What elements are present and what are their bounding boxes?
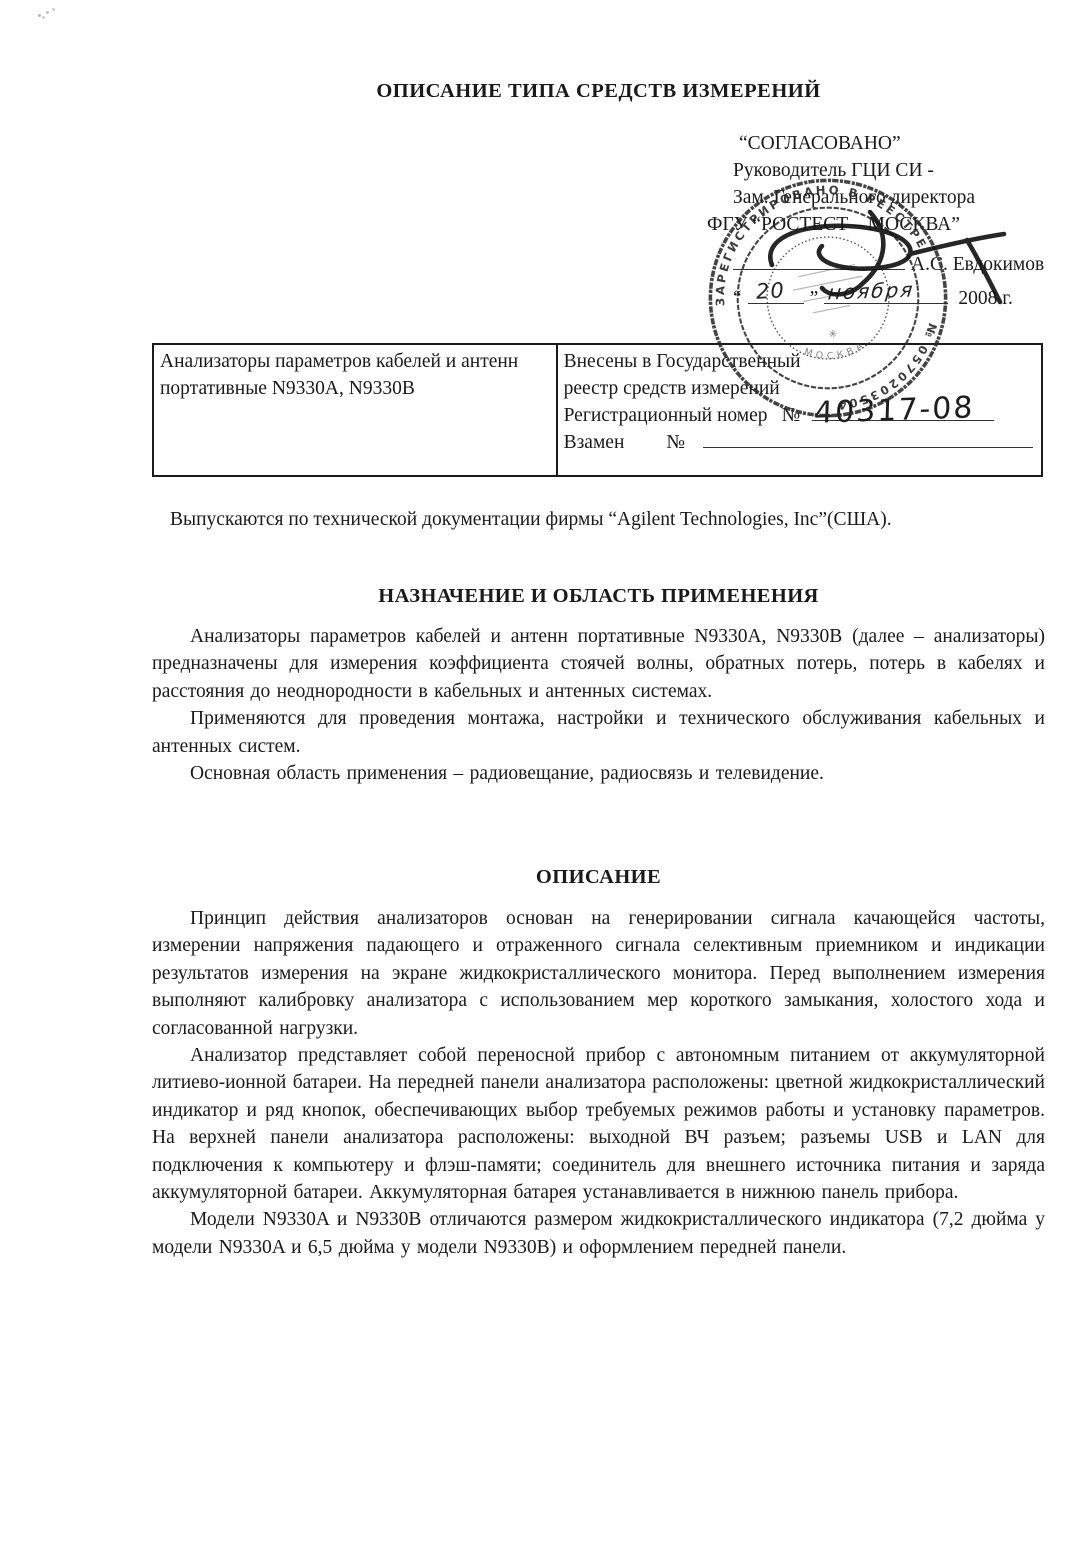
stamp-inner-text: МОСКВА — [801, 338, 870, 366]
scanned-document-page: ОПИСАНИЕ ТИПА СРЕДСТВ ИЗМЕРЕНИЙ “СОГЛАСО… — [0, 0, 1086, 1560]
section-heading-description: ОПИСАНИЕ — [152, 866, 1045, 889]
paragraph: Модели N9330A и N9330B отличаются размер… — [152, 1206, 1045, 1261]
svg-text:МОСКВА: МОСКВА — [801, 338, 870, 366]
replaces-label: Взамен — [564, 432, 625, 453]
signature-scrawl — [742, 210, 1052, 312]
paragraph: Основная область применения – радиовещан… — [152, 760, 1045, 787]
scan-artifact — [38, 14, 41, 17]
paragraph: Применяются для проведения монтажа, наст… — [152, 705, 1045, 760]
replaces-underline — [703, 447, 1033, 448]
paragraph: Анализатор представляет собой переносной… — [152, 1042, 1045, 1206]
section-description-paragraphs: Принцип действия анализаторов основан на… — [152, 905, 1045, 1261]
svg-text:№ 0570203504: № 0570203504 — [826, 320, 950, 413]
section-heading-purpose: НАЗНАЧЕНИЕ И ОБЛАСТЬ ПРИМЕНЕНИЯ — [152, 585, 1045, 608]
section-purpose-paragraphs: Анализаторы параметров кабелей и антенн … — [152, 623, 1045, 787]
replaces-line: Взамен№ — [564, 429, 1033, 456]
stamp-star-mark: ✳ — [828, 328, 839, 341]
approval-status: “СОГЛАСОВАНО” — [733, 130, 1078, 157]
paragraph: Анализаторы параметров кабелей и антенн … — [152, 623, 1045, 705]
replaces-number-sign: № — [666, 432, 685, 453]
paragraph: Принцип действия анализаторов основан на… — [152, 905, 1045, 1042]
stamp-rim-text-side: № 0570203504 — [826, 320, 950, 413]
issued-note: Выпускаются по технической документации … — [152, 506, 1048, 533]
instrument-name-cell: Анализаторы параметров кабелей и антенн … — [154, 345, 558, 475]
document-title: ОПИСАНИЕ ТИПА СРЕДСТВ ИЗМЕРЕНИЙ — [152, 80, 1045, 103]
